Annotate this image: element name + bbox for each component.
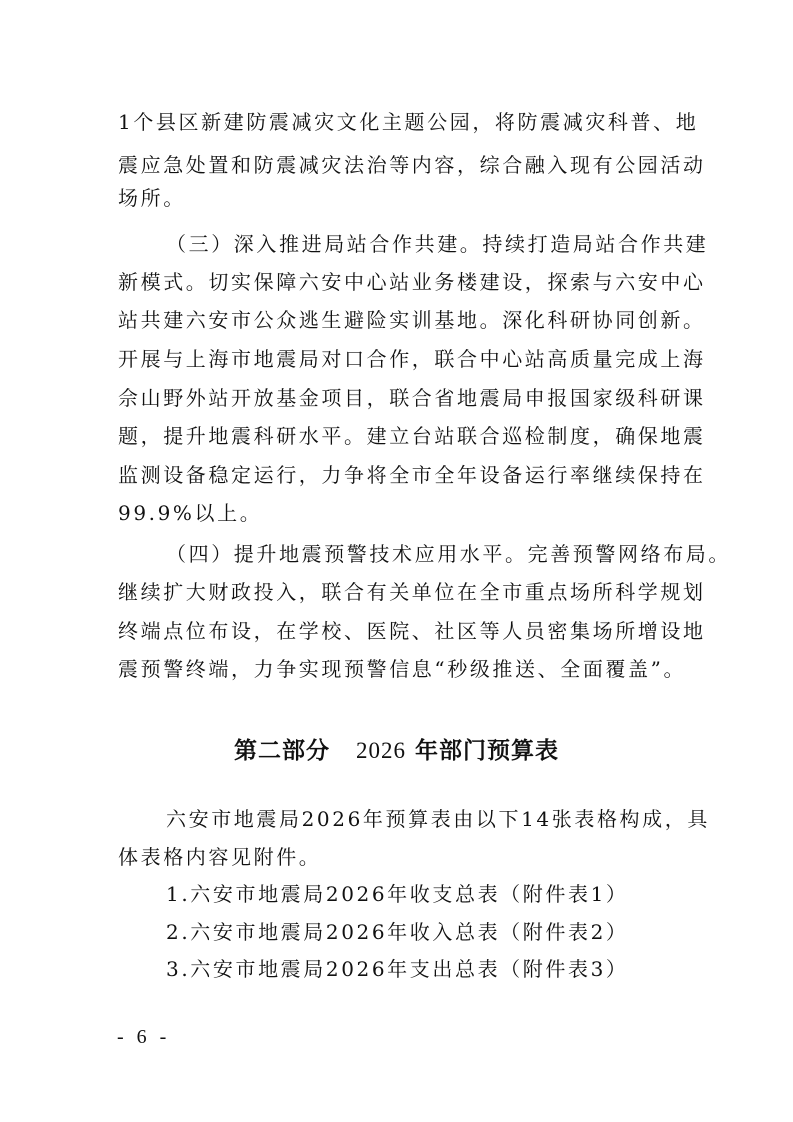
body-text-line: 震预警终端，力争实现预警信息“秒级推送、全面覆盖”。 <box>118 655 678 683</box>
body-text-line: 终端点位布设，在学校、医院、社区等人员密集场所增设地 <box>118 617 678 645</box>
body-text-line: 开展与上海市地震局对口合作，联合中心站高质量完成上海 <box>118 345 678 373</box>
body-text-line: 99.9%以上。 <box>118 499 678 527</box>
body-text-line: 新模式。切实保障六安中心站业务楼建设，探索与六安中心 <box>118 268 678 296</box>
section-heading: 第二部分2026 年部门预算表 <box>0 735 793 767</box>
body-text-line: 佘山野外站开放基金项目，联合省地震局申报国家级科研课 <box>118 384 678 412</box>
body-text-line: 监测设备稳定运行，力争将全市全年设备运行率继续保持在 <box>118 461 678 489</box>
body-text-line: 场所。 <box>118 184 678 212</box>
body-text-line: 继续扩大财政投入，联合有关单位在全市重点场所科学规划 <box>118 578 678 606</box>
table-list-item: 1.六安市地震局2026年收支总表（附件表1） <box>166 880 678 908</box>
table-list-item: 2.六安市地震局2026年收入总表（附件表2） <box>166 918 678 946</box>
document-page: 1个县区新建防震减灾文化主题公园，将防震减灾科普、地 震应急处置和防震减灾法治等… <box>0 0 793 1122</box>
table-list-item: 3.六安市地震局2026年支出总表（附件表3） <box>166 955 678 983</box>
body-text-line: 六安市地震局2026年预算表由以下14张表格构成，具 <box>166 805 678 833</box>
body-text-line: 体表格内容见附件。 <box>118 843 678 871</box>
section-heading-part: 第二部分 <box>234 738 330 764</box>
body-text-line: 题，提升地震科研水平。建立台站联合巡检制度，确保地震 <box>118 422 678 450</box>
section-heading-title: 年部门预算表 <box>415 738 559 764</box>
body-text-line: （四）提升地震预警技术应用水平。完善预警网络布局。 <box>166 540 678 568</box>
section-heading-year: 2026 <box>356 738 406 763</box>
page-number: - 6 - <box>117 1025 170 1049</box>
body-text-line: 震应急处置和防震减灾法治等内容，综合融入现有公园活动 <box>118 151 678 179</box>
body-text-line: 站共建六安市公众逃生避险实训基地。深化科研协同创新。 <box>118 306 678 334</box>
body-text-line: （三）深入推进局站合作共建。持续打造局站合作共建 <box>166 230 678 258</box>
body-text-line: 1个县区新建防震减灾文化主题公园，将防震减灾科普、地 <box>118 108 678 136</box>
